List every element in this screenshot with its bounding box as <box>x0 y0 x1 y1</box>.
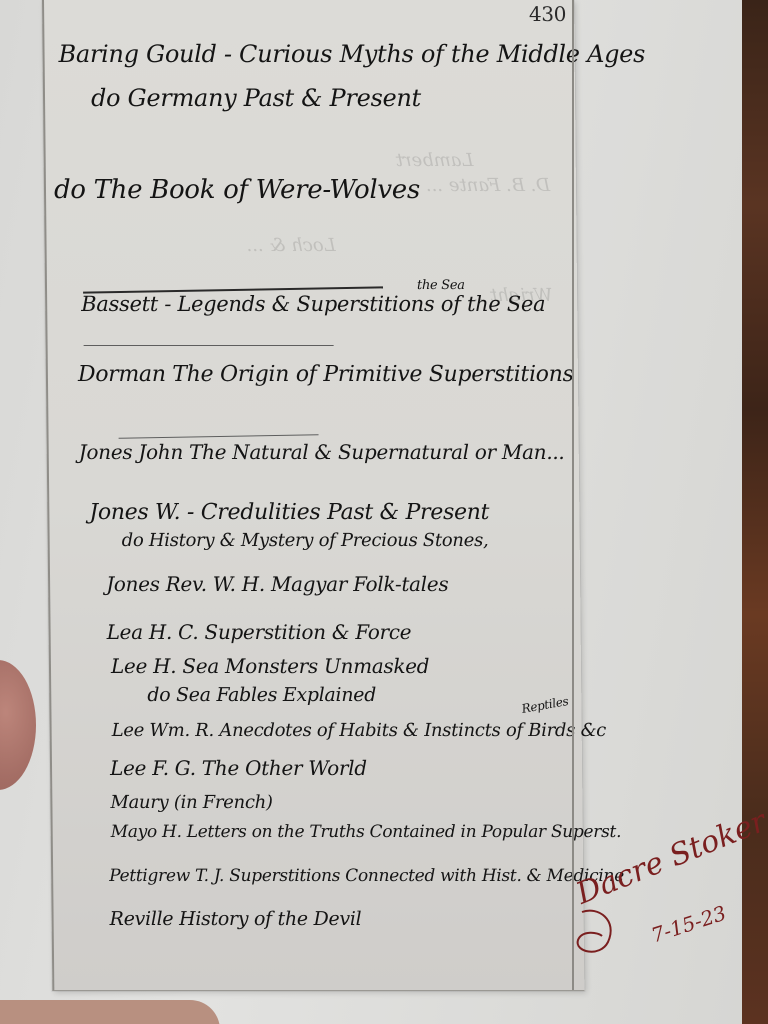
underline-rule <box>119 434 319 438</box>
hand-bottom <box>0 1000 220 1024</box>
entry-line: Mayo H. Letters on the Truths Contained … <box>111 822 622 842</box>
entry-line: Jones Rev. W. H. Magyar Folk-tales <box>106 572 448 596</box>
superscript-annotation: the Sea <box>417 278 465 293</box>
manuscript-page: 430 Lambert D. B. Fante ... Loch & ... W… <box>42 0 584 991</box>
entry-line: Lee H. Sea Monsters Unmasked <box>111 654 430 678</box>
autograph: Dacre Stoker 7-15-23 <box>568 858 758 968</box>
entry-line: do The Book of Were-Wolves <box>54 175 420 205</box>
autograph-date: 7-15-23 <box>648 901 729 948</box>
bleedthrough-text: D. B. Fante ... <box>426 175 551 196</box>
entry-line: do Sea Fables Explained <box>147 684 376 706</box>
entry-line: Reville History of the Devil <box>110 908 362 930</box>
underline-rule <box>84 345 334 346</box>
entry-line: do Germany Past & Present <box>91 84 421 112</box>
page-number: 430 <box>529 2 567 26</box>
entry-line: Baring Gould - Curious Myths of the Midd… <box>58 40 645 68</box>
bleedthrough-text: Loch & ... <box>246 235 335 256</box>
entry-line: Dorman The Origin of Primitive Superstit… <box>78 362 574 387</box>
entry-line: Jones John The Natural & Supernatural or… <box>79 440 565 464</box>
entry-line: Maury (in French) <box>110 792 273 813</box>
entry-line: Bassett - Legends & Superstitions of the… <box>81 292 545 316</box>
superscript-annotation: Reptiles <box>520 694 569 716</box>
bleedthrough-text: Lambert <box>396 150 474 171</box>
entry-line: do History & Mystery of Precious Stones, <box>122 530 489 551</box>
entry-line: Pettigrew T. J. Superstitions Connected … <box>109 866 624 886</box>
entry-line: Lee F. G. The Other World <box>110 756 367 780</box>
page-edge <box>572 0 574 990</box>
entry-line: Lea H. C. Superstition & Force <box>106 620 411 644</box>
entry-line: Lee Wm. R. Anecdotes of Habits & Instinc… <box>112 720 607 741</box>
entry-line: Jones W. - Credulities Past & Present <box>89 500 489 525</box>
signature-flourish-icon <box>568 902 628 962</box>
